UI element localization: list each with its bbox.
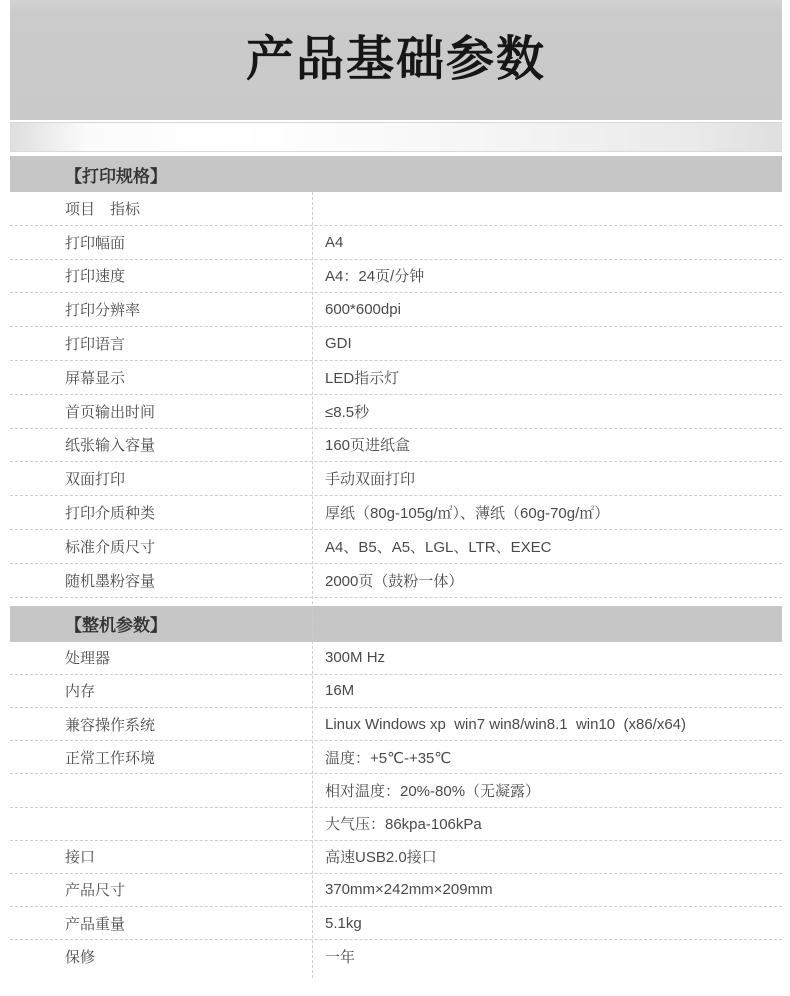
- table-row: 产品重量 5.1kg: [10, 907, 782, 940]
- table-row: 随机墨粉容量 2000页（鼓粉一体）: [10, 564, 782, 598]
- table-row: 打印语言 GDI: [10, 327, 782, 361]
- row-label: 内存: [10, 680, 312, 701]
- row-label: 标准介质尺寸: [10, 536, 312, 557]
- row-label: 随机墨粉容量: [10, 570, 312, 591]
- table-row: 处理器 300M Hz: [10, 642, 782, 675]
- row-label: 保修: [10, 946, 312, 967]
- row-label: 双面打印: [10, 468, 312, 489]
- machine-params-table: 处理器 300M Hz 内存 16M 兼容操作系统 Linux Windows …: [10, 642, 782, 974]
- table-row: 打印介质种类 厚纸（80g-105g/㎡）、薄纸（60g-70g/㎡）: [10, 496, 782, 530]
- spec-sheet-content: 产品基础参数 【打印规格】 项目 指标 打印幅面 A4 打印速度 A4：24页/…: [10, 0, 782, 973]
- row-value: A4: [312, 234, 782, 251]
- row-label: 正常工作环境: [10, 747, 312, 768]
- table-row: 项目 指标: [10, 192, 782, 226]
- row-value: ≤8.5秒: [312, 401, 782, 422]
- page-title: 产品基础参数: [246, 36, 546, 84]
- section-header-print-specs: 【打印规格】: [10, 156, 782, 192]
- section-header-machine-params: 【整机参数】: [10, 606, 782, 642]
- row-value: A4：24页/分钟: [312, 265, 782, 286]
- row-value: 370mm×242mm×209mm: [312, 881, 782, 898]
- print-specs-table: 项目 指标 打印幅面 A4 打印速度 A4：24页/分钟 打印分辨率 600*6…: [10, 192, 782, 598]
- table-row: 相对温度：20%-80%（无凝露）: [10, 774, 782, 807]
- table-row: 兼容操作系统 Linux Windows xp win7 win8/win8.1…: [10, 708, 782, 741]
- row-label: 打印分辨率: [10, 299, 312, 320]
- row-label: 屏幕显示: [10, 367, 312, 388]
- row-value: 16M: [312, 682, 782, 699]
- table-row: 打印速度 A4：24页/分钟: [10, 260, 782, 294]
- row-label: 处理器: [10, 647, 312, 668]
- row-value: 5.1kg: [312, 915, 782, 932]
- row-value: 厚纸（80g-105g/㎡）、薄纸（60g-70g/㎡）: [312, 502, 782, 523]
- table-row: 首页输出时间 ≤8.5秒: [10, 395, 782, 429]
- table-row: 保修 一年: [10, 940, 782, 973]
- row-value: 600*600dpi: [312, 301, 782, 318]
- row-value: 相对温度：20%-80%（无凝露）: [312, 780, 782, 801]
- row-label: 产品尺寸: [10, 879, 312, 900]
- divider-shine-strip: [10, 122, 782, 152]
- row-label: 首页输出时间: [10, 401, 312, 422]
- row-label: 打印幅面: [10, 232, 312, 253]
- row-value: 一年: [312, 946, 782, 967]
- row-value: 160页进纸盒: [312, 434, 782, 455]
- row-value: 大气压：86kpa-106kPa: [312, 813, 782, 834]
- row-value: 高速USB2.0接口: [312, 846, 782, 867]
- row-label: 打印语言: [10, 333, 312, 354]
- row-label: 产品重量: [10, 913, 312, 934]
- row-value: Linux Windows xp win7 win8/win8.1 win10 …: [312, 716, 782, 733]
- row-value: 手动双面打印: [312, 468, 782, 489]
- row-label: 兼容操作系统: [10, 714, 312, 735]
- row-label: 打印速度: [10, 265, 312, 286]
- title-banner: 产品基础参数: [10, 0, 782, 120]
- table-row: 接口 高速USB2.0接口: [10, 841, 782, 874]
- row-label: 打印介质种类: [10, 502, 312, 523]
- table-row: 大气压：86kpa-106kPa: [10, 808, 782, 841]
- row-value: 2000页（鼓粉一体）: [312, 570, 782, 591]
- row-label: 项目 指标: [10, 198, 312, 219]
- table-row: 纸张输入容量 160页进纸盒: [10, 429, 782, 463]
- table-row: 屏幕显示 LED指示灯: [10, 361, 782, 395]
- table-row: 标准介质尺寸 A4、B5、A5、LGL、LTR、EXEC: [10, 530, 782, 564]
- row-value: 300M Hz: [312, 649, 782, 666]
- table-row: 正常工作环境 温度：+5℃-+35℃: [10, 741, 782, 774]
- row-value: 温度：+5℃-+35℃: [312, 747, 782, 768]
- table-row: 产品尺寸 370mm×242mm×209mm: [10, 874, 782, 907]
- column-divider-line: [312, 192, 313, 978]
- table-row: 内存 16M: [10, 675, 782, 708]
- row-label: 纸张输入容量: [10, 434, 312, 455]
- spec-sheet: 产品基础参数 【打印规格】 项目 指标 打印幅面 A4 打印速度 A4：24页/…: [0, 0, 790, 996]
- row-value: A4、B5、A5、LGL、LTR、EXEC: [312, 536, 782, 557]
- table-row: 打印幅面 A4: [10, 226, 782, 260]
- table-row: 双面打印 手动双面打印: [10, 462, 782, 496]
- row-label: 接口: [10, 846, 312, 867]
- row-value: GDI: [312, 335, 782, 352]
- row-value: LED指示灯: [312, 367, 782, 388]
- table-row: 打印分辨率 600*600dpi: [10, 293, 782, 327]
